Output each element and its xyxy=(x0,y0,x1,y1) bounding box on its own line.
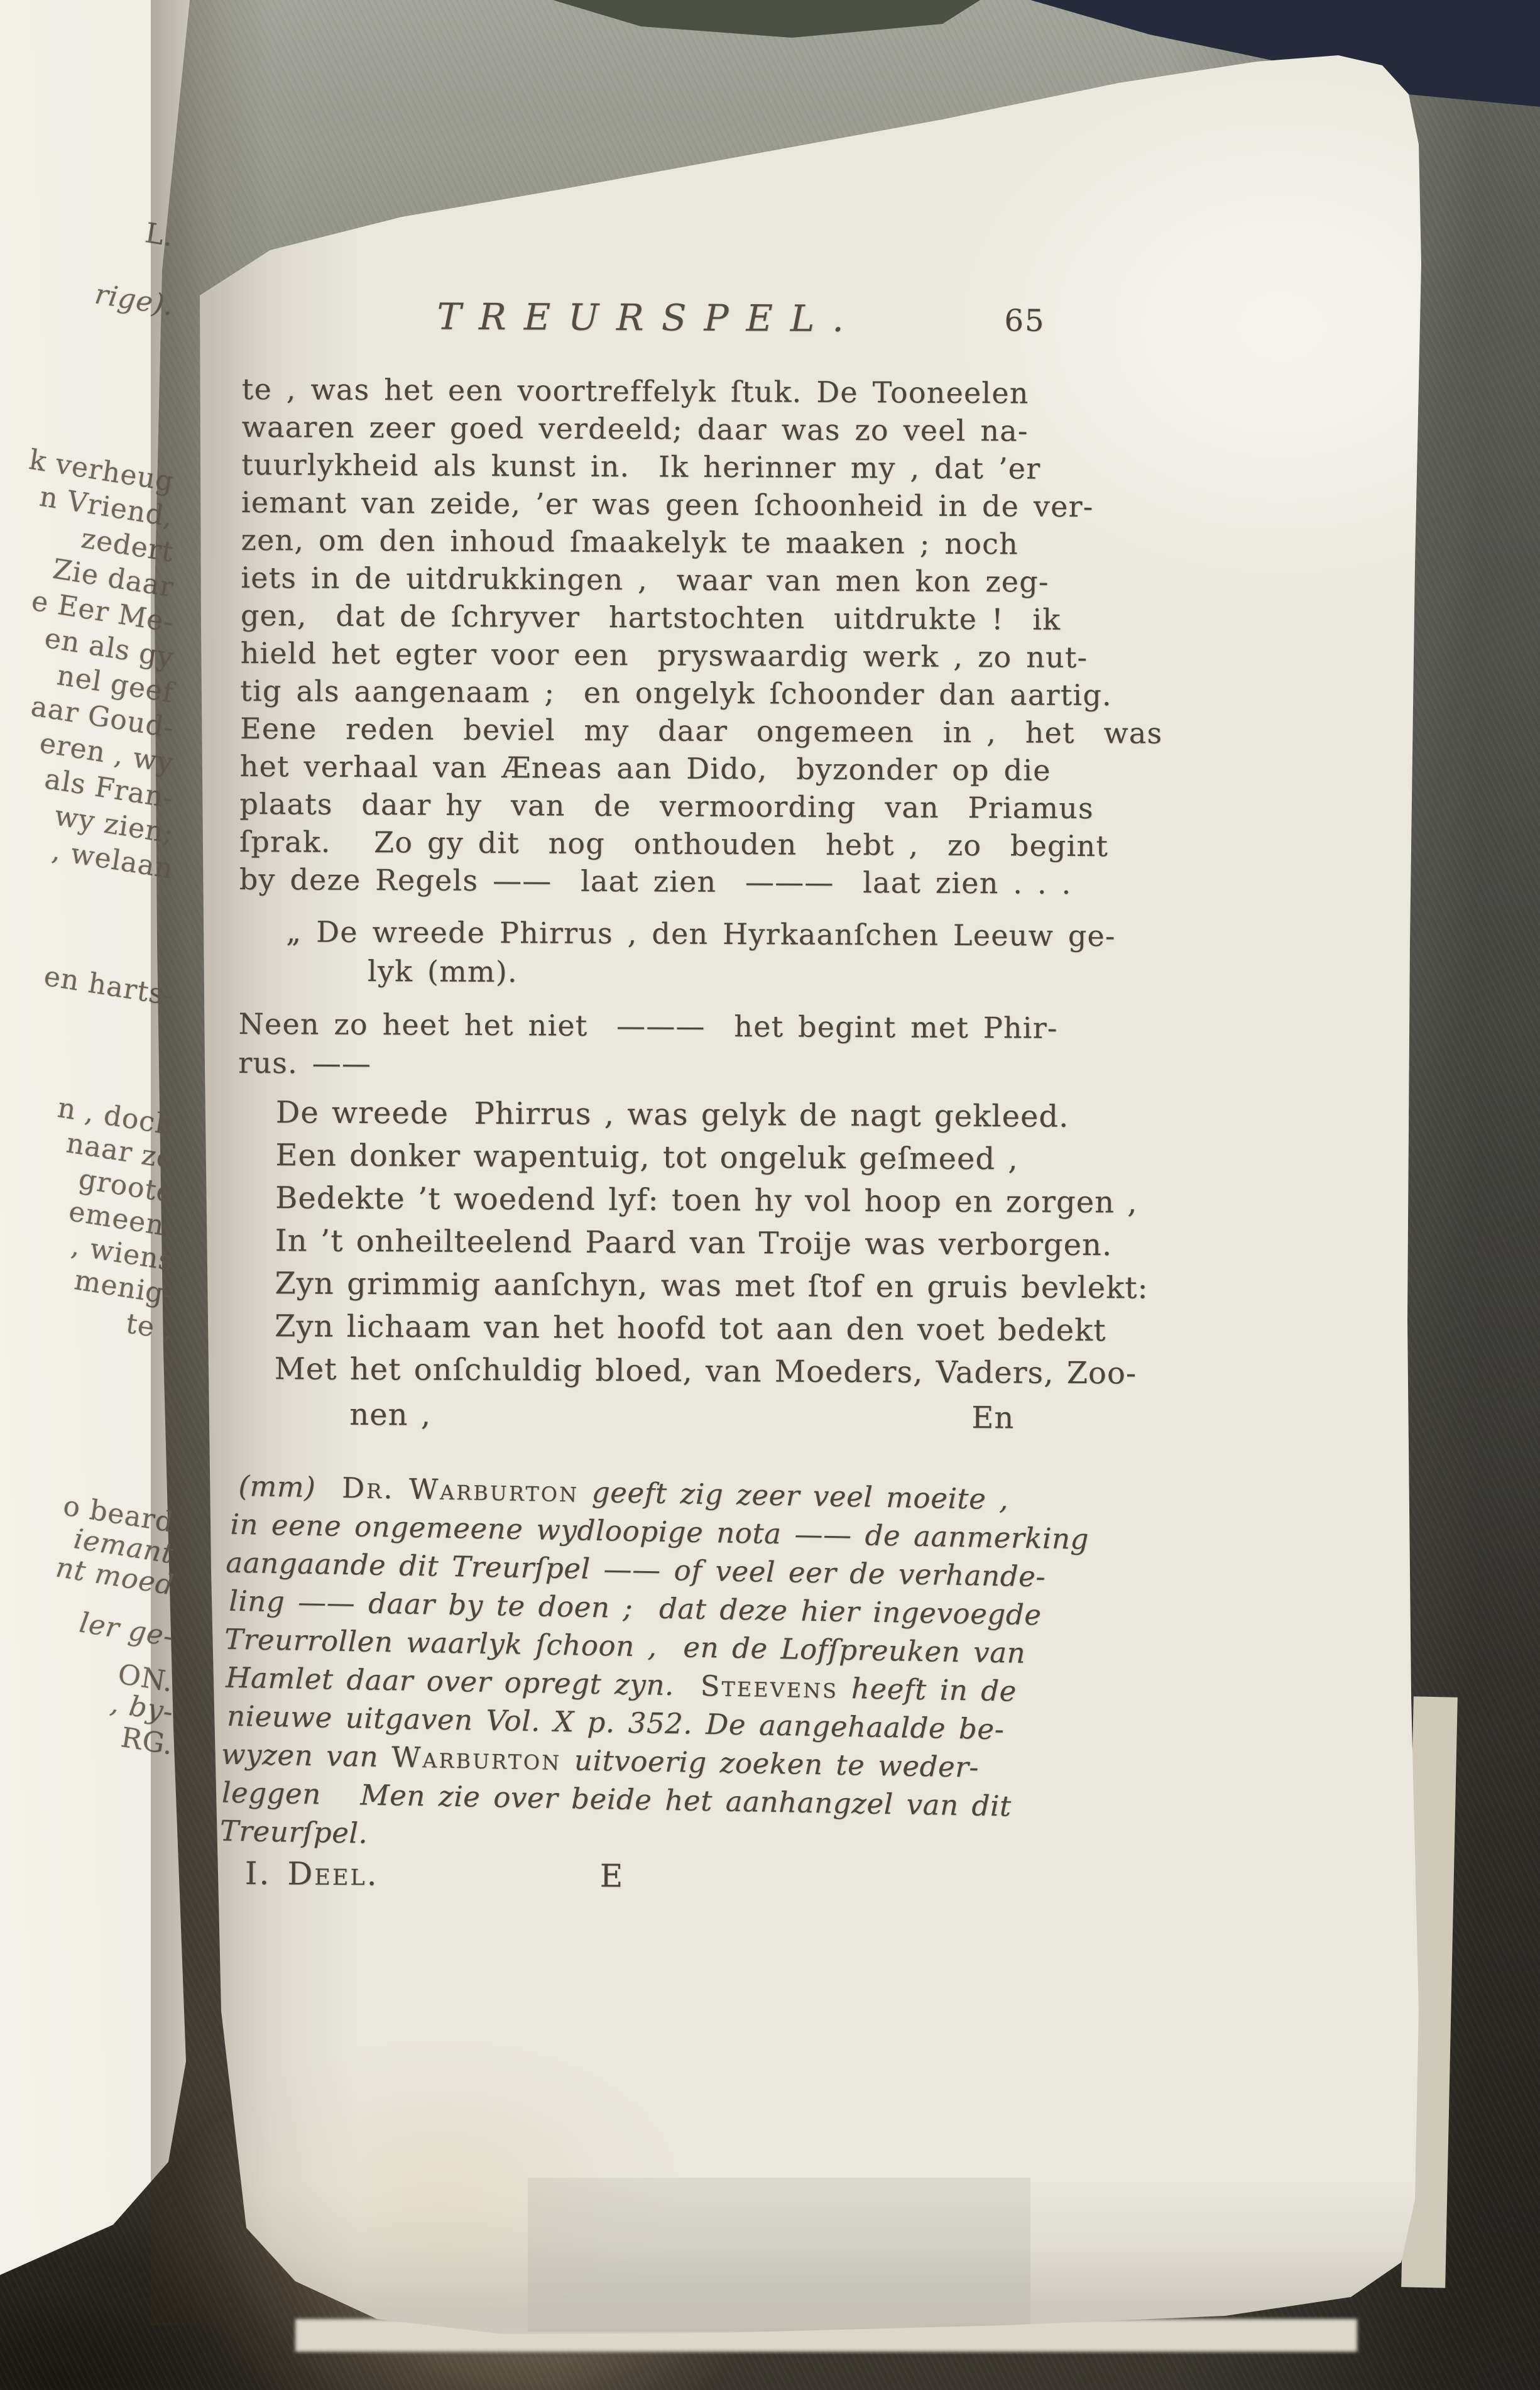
body-line: plaats daar hy van de vermoording van Pr… xyxy=(239,787,1094,825)
author-name: Dr. Warburton xyxy=(342,1471,579,1509)
body-line: waaren zeer goed verdeeld; daar was zo v… xyxy=(241,410,1028,448)
body-line: iemant van zeide, ’er was geen ſchoonhei… xyxy=(241,485,1094,523)
verse-line: Zyn lichaam van het hoofd tot aan den vo… xyxy=(275,1308,1106,1348)
body-line: hield het egter voor een pryswaardig wer… xyxy=(241,636,1088,674)
gathering-mark: E xyxy=(600,1858,624,1894)
catchword: En xyxy=(971,1400,1014,1435)
body-line: tig als aangenaam ; en ongelyk ſchoonder… xyxy=(240,674,1112,712)
light-tone-band xyxy=(528,2178,1030,2332)
footnote-text: geeft zig zeer veel moeite , xyxy=(579,1475,1009,1516)
right-page: TREURSPEL. 65 te , was het een voortreff… xyxy=(0,0,1540,2390)
author-name: Warburton xyxy=(391,1740,562,1777)
quote-line: „ De wreede Phirrus , den Hyrkaanſchen L… xyxy=(286,914,1116,953)
body-line: te , was het een voortreffelyk ſtuk. De … xyxy=(242,372,1029,410)
body-line: het verhaal van Æneas aan Dido, byzonder… xyxy=(240,749,1051,787)
body-line: iets in de uitdrukkingen , waar van men … xyxy=(241,561,1049,599)
body-line: zen, om den inhoud ſmaakelyk te maaken ;… xyxy=(241,523,1018,561)
verse-line-runover: nen , xyxy=(349,1397,431,1433)
footnote-text: uitvoerig zoeken te weder- xyxy=(561,1743,980,1784)
book-photo: L. rige). k verheug n Vriend, zedert Zie… xyxy=(0,0,1540,2390)
page-number: 65 xyxy=(1004,303,1045,338)
footnote-text: heeft in de xyxy=(838,1672,1017,1708)
footnote-text: Hamlet daar over opregt zyn. xyxy=(226,1661,701,1702)
body-line: tuurlykheid als kunst in. Ik herinner my… xyxy=(241,447,1040,486)
verse-line: Bedekte ’t woedend lyf: toen hy vol hoop… xyxy=(275,1180,1138,1220)
dialog-line: Neen zo heet het niet ——— het begint met… xyxy=(238,1007,1057,1045)
verse-line: In ’t onheilteelend Paard van Troije was… xyxy=(275,1223,1113,1263)
body-line: Eene reden beviel my daar ongemeen in , … xyxy=(240,711,1163,750)
dialog-line: rus. —— xyxy=(238,1046,371,1080)
verse-line: Zyn grimmig aanſchyn, was met ſtof en gr… xyxy=(275,1266,1149,1305)
volume-signature: I. Deel. xyxy=(245,1855,379,1892)
verse-line: Een donker wapentuig, tot ongeluk geſmee… xyxy=(275,1137,1018,1176)
footnote-line: wyzen van Warburton uitvoerig zoeken te … xyxy=(221,1738,980,1784)
footnote-ref: (mm) xyxy=(238,1469,342,1505)
verse-line: Met het onſchuldig bloed, van Moeders, V… xyxy=(275,1351,1137,1391)
body-line: ſprak. Zo gy dit nog onthouden hebt , zo… xyxy=(239,825,1108,863)
author-name: Steevens xyxy=(700,1669,838,1705)
footnote-text: wyzen van xyxy=(221,1738,392,1774)
running-head: TREURSPEL. xyxy=(437,295,861,341)
footnote-line: Treurſpel. xyxy=(219,1814,368,1850)
body-line: gen, dat de ſchryver hartstochten uitdru… xyxy=(241,598,1061,637)
quote-line: lyk (mm). xyxy=(368,954,518,989)
body-line: by deze Regels —— laat zien ——— laat zie… xyxy=(239,862,1072,901)
verse-line: De wreede Phirrus , was gelyk de nagt ge… xyxy=(276,1095,1069,1134)
